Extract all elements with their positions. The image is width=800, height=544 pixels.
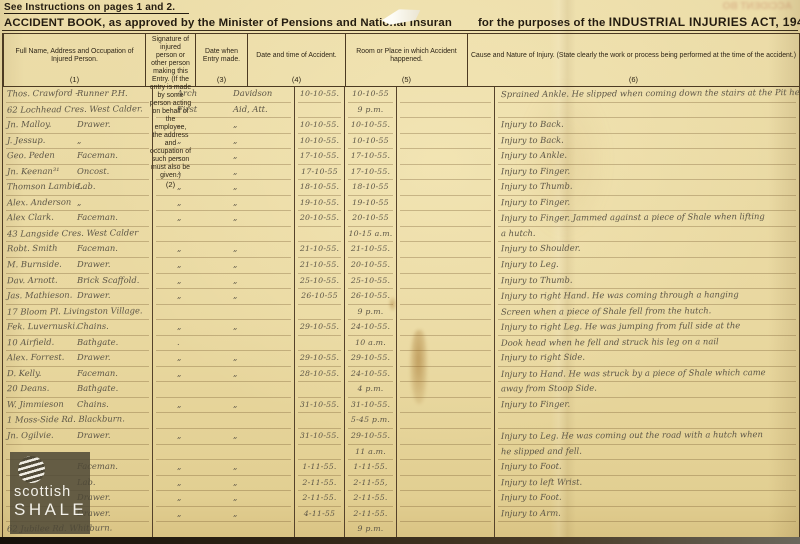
- cell-name-occupation: 62 Lochhead Cres. West Calder.: [3, 103, 152, 119]
- title-divider-line: [2, 30, 798, 31]
- handwritten-signature-first: „: [177, 477, 181, 487]
- cell-date-accident: 20-10-55: [344, 211, 396, 227]
- cell-name-occupation: M. Burnside.Drawer.: [3, 258, 152, 274]
- handwritten-occupation: Faceman.: [77, 212, 118, 222]
- table-header-cell: Room or Place in which Accident happened…: [345, 34, 467, 86]
- handwritten-name: Thomson Lambie.: [7, 181, 83, 192]
- handwritten-accident-date: 19-10-55: [345, 198, 396, 207]
- cell-date-entry: [294, 305, 344, 321]
- table-row: J. Jessup.„ „„ 10-10-55. 10-10-55 Injury…: [3, 134, 799, 150]
- cell-date-entry: [294, 336, 344, 352]
- cell-date-accident: 5-45 p.m.: [344, 413, 396, 429]
- cell-signature: „„: [152, 180, 294, 196]
- cell-name-occupation: Jas. Mathieson.Drawer.: [3, 289, 152, 305]
- cell-date-entry: [294, 445, 344, 461]
- cell-signature: „„: [152, 367, 294, 383]
- cell-signature: „„: [152, 429, 294, 445]
- cell-name-occupation: Jn. Keenan³¹Oncost.: [3, 165, 152, 181]
- handwritten-signature-first: „: [177, 508, 181, 518]
- handwritten-signature-first: „: [177, 430, 181, 440]
- table-header-row: Full Name, Address and Occupation of Inj…: [3, 34, 799, 87]
- handwritten-cause: a hutch.: [501, 228, 536, 238]
- cell-cause: Injury to right Leg. He was jumping from…: [494, 320, 799, 336]
- handwritten-name: Geo. Peden: [7, 150, 55, 160]
- cell-date-entry: 21-10-55.: [294, 242, 344, 258]
- cell-place: [396, 165, 494, 181]
- table-row: Thos. Crawford -Runner P.H. ArchDavidson…: [3, 87, 799, 103]
- column-number: (3): [199, 75, 244, 85]
- cell-date-accident: 10-10-55: [344, 134, 396, 150]
- handwritten-cause: Injury to right Side.: [501, 352, 585, 363]
- handwritten-name: D. Kelly.: [7, 368, 41, 378]
- cell-date-entry: 2-11-55.: [294, 476, 344, 492]
- cell-cause: Injury to Thumb.: [494, 180, 799, 196]
- table-row: Jn. Malloy.Drawer. „„ 10-10-55. 10-10-55…: [3, 118, 799, 134]
- cell-signature: „„: [152, 274, 294, 290]
- handwritten-name: Alex. Anderson: [7, 196, 71, 207]
- table-row: 20 Deans.Bathgate. 4 p.m. away from Stoo…: [3, 382, 799, 398]
- cell-signature: „„: [152, 507, 294, 523]
- cell-cause: Injury to Shoulder.: [494, 242, 799, 258]
- handwritten-entry-date: 29-10-55.: [295, 353, 344, 362]
- cell-cause: Injury to Finger.: [494, 398, 799, 414]
- handwritten-entry-date: 29-10-55.: [295, 322, 344, 331]
- table-row: 10 Airfield.Bathgate. . 10 a.m. Dook hea…: [3, 336, 799, 352]
- handwritten-cause: Injury to Arm.: [501, 508, 561, 518]
- photo-bottom-edge: [0, 537, 800, 544]
- cell-date-entry: [294, 413, 344, 429]
- table-row: Geo. PedenFaceman. „„ 17-10-55. 17-10-55…: [3, 149, 799, 165]
- handwritten-name: W. Jimmieson: [7, 399, 64, 410]
- handwritten-signature-last: „: [233, 243, 237, 253]
- cell-date-accident: 25-10-55.: [344, 274, 396, 290]
- cell-cause: Injury to Foot.: [494, 460, 799, 476]
- cell-date-entry: 17-10-55.: [294, 149, 344, 165]
- handwritten-signature-last: „: [233, 430, 237, 440]
- handwritten-signature-first: „: [177, 212, 181, 222]
- handwritten-entry-date: 2-11-55.: [295, 478, 344, 487]
- handwritten-accident-date: 17-10-55.: [345, 151, 396, 160]
- cell-date-entry: [294, 522, 344, 538]
- table-row: Drawer. „„ 4-11-55 2-11-55. Injury to Ar…: [3, 507, 799, 523]
- cell-place: [396, 429, 494, 445]
- column-label: Room or Place in which Accident happened…: [349, 36, 464, 75]
- table-row: Jas. Mathieson.Drawer. „„ 26-10-55 26-10…: [3, 289, 799, 305]
- handwritten-entry-date: 18-10-55.: [295, 182, 344, 191]
- cell-cause: Injury to Hand. He was struck by a piece…: [494, 367, 799, 383]
- cell-cause: Injury to Finger.: [494, 165, 799, 181]
- column-number: (4): [251, 75, 342, 85]
- handwritten-name: Jn. Ogilvie.: [7, 430, 54, 440]
- globe-logo-icon: [17, 455, 47, 485]
- handwritten-signature-last: „: [233, 181, 237, 191]
- handwritten-cause: Injury to Leg.: [501, 259, 559, 269]
- handwritten-occupation: „: [77, 135, 81, 145]
- handwritten-signature-first: First: [177, 104, 197, 114]
- cell-date-accident: 29-10-55.: [344, 429, 396, 445]
- cell-signature: .: [152, 336, 294, 352]
- handwritten-signature-first: „: [177, 492, 181, 502]
- cell-signature: „„: [152, 211, 294, 227]
- cell-place: [396, 258, 494, 274]
- handwritten-entry-date: 10-10-55.: [295, 120, 344, 129]
- handwritten-entry-date: 28-10-55.: [295, 369, 344, 378]
- handwritten-cause: Injury to Leg. He was coming out the roa…: [501, 429, 763, 441]
- handwritten-cause: Injury to Back.: [501, 134, 564, 144]
- cell-signature: [152, 522, 294, 538]
- table-row: Alex Clark.Faceman. „„ 20-10-55. 20-10-5…: [3, 211, 799, 227]
- cell-signature: „„: [152, 149, 294, 165]
- table-row: 62 Jubilee Rd. Whitburn. 9 p.m.: [3, 522, 799, 538]
- cell-signature: „„: [152, 289, 294, 305]
- table-row: Faceman. „„ 1-11-55. 1-11-55. Injury to …: [3, 460, 799, 476]
- handwritten-name: 62 Lochhead Cres. West Calder.: [7, 103, 143, 114]
- handwritten-accident-date: 17-10-55.: [345, 167, 396, 176]
- handwritten-occupation: Bathgate.: [77, 337, 118, 347]
- handwritten-signature-first: „: [177, 135, 181, 145]
- handwritten-entry-date: 1-11-55.: [295, 462, 344, 471]
- cell-cause: Injury to Foot.: [494, 491, 799, 507]
- cell-date-entry: [294, 103, 344, 119]
- cell-place: [396, 305, 494, 321]
- cell-cause: Injury to Back.: [494, 134, 799, 150]
- brown-stain-small: [388, 296, 397, 312]
- handwritten-cause: Injury to Ankle.: [501, 150, 567, 160]
- handwritten-signature-first: „: [177, 181, 181, 191]
- handwritten-accident-date: 18-10-55: [345, 182, 396, 191]
- cell-date-accident: 2-11-55.: [344, 507, 396, 523]
- accident-table: Full Name, Address and Occupation of Inj…: [2, 33, 800, 538]
- handwritten-name: Thos. Crawford -: [7, 88, 78, 99]
- cell-place: [396, 87, 494, 103]
- cell-date-accident: 17-10-55.: [344, 149, 396, 165]
- cell-signature: ArchDavidson: [152, 87, 294, 103]
- handwritten-signature-last: „: [233, 461, 237, 471]
- cell-date-entry: 31-10-55.: [294, 398, 344, 414]
- handwritten-entry-date: 19-10-55.: [295, 198, 344, 207]
- table-row: 17 Bloom Pl. Livingston Village. 9 p.m. …: [3, 305, 799, 321]
- handwritten-occupation: „: [77, 197, 81, 207]
- handwritten-accident-date: 2-11-55.: [345, 509, 396, 518]
- handwritten-signature-first: „: [177, 368, 181, 378]
- handwritten-signature-first: „: [177, 150, 181, 160]
- handwritten-cause: away from Stoop Side.: [501, 383, 597, 394]
- handwritten-signature-first: „: [177, 352, 181, 362]
- handwritten-occupation: Drawer.: [77, 430, 111, 440]
- cell-place: [396, 118, 494, 134]
- handwritten-signature-first: „: [177, 290, 181, 300]
- handwritten-cause: Injury to right Leg. He was jumping from…: [501, 320, 740, 332]
- handwritten-occupation: Bathgate.: [77, 383, 118, 393]
- handwritten-signature-last: „: [233, 166, 237, 176]
- handwritten-signature-last: „: [233, 492, 237, 502]
- cell-place: [396, 227, 494, 243]
- cell-cause: Dook head when he fell and struck his le…: [494, 336, 799, 352]
- cell-place: [396, 460, 494, 476]
- handwritten-signature-last: „: [233, 119, 237, 129]
- cell-signature: „„: [152, 398, 294, 414]
- watermark-text-scottish: scottish: [14, 485, 86, 500]
- cell-date-accident: 31-10-55.: [344, 398, 396, 414]
- table-header-cell: Full Name, Address and Occupation of Inj…: [3, 34, 145, 86]
- handwritten-signature-last: „: [233, 197, 237, 207]
- table-header-cell: Cause and Nature of Injury. (State clear…: [467, 34, 799, 86]
- handwritten-cause: Injury to Shoulder.: [501, 243, 581, 254]
- handwritten-name: 20 Deans.: [7, 383, 49, 393]
- column-label: Full Name, Address and Occupation of Inj…: [7, 36, 142, 75]
- cell-date-entry: 20-10-55.: [294, 211, 344, 227]
- cell-place: [396, 445, 494, 461]
- cell-cause: Injury to Leg. He was coming out the roa…: [494, 429, 799, 445]
- table-row: M. Burnside.Drawer. „„ 21-10-55. 20-10-5…: [3, 258, 799, 274]
- handwritten-cause: Injury to Thumb.: [501, 181, 573, 191]
- cell-signature: [152, 227, 294, 243]
- brown-stain: [410, 330, 427, 404]
- cell-signature: „„: [152, 476, 294, 492]
- handwritten-signature-first: „: [177, 275, 181, 285]
- handwritten-name: 10 Airfield.: [7, 337, 54, 347]
- cell-place: [396, 149, 494, 165]
- handwritten-accident-date: 10-15 a.m.: [345, 229, 396, 238]
- handwritten-accident-date: 4 p.m.: [345, 384, 396, 393]
- cell-date-entry: 4-11-55: [294, 507, 344, 523]
- table-header-cell: Signature of injured person or other per…: [145, 34, 195, 86]
- cell-name-occupation: 43 Langside Cres. West Calder: [3, 227, 152, 243]
- cell-date-entry: [294, 382, 344, 398]
- cell-signature: FirstAid, Att.: [152, 103, 294, 119]
- cell-signature: „„: [152, 242, 294, 258]
- cell-place: [396, 398, 494, 414]
- handwritten-signature-last: „: [233, 135, 237, 145]
- cell-date-accident: 9 p.m.: [344, 522, 396, 538]
- cell-name-occupation: J. Jessup.„: [3, 134, 152, 150]
- scottish-shale-watermark: scottish SHALE: [10, 452, 90, 534]
- cell-cause: Injury to Finger.: [494, 196, 799, 212]
- column-number: (1): [7, 75, 142, 85]
- handwritten-signature-last: „: [233, 150, 237, 160]
- column-label: Date when Entry made.: [199, 36, 244, 75]
- cell-date-accident: 10-10-55.: [344, 118, 396, 134]
- cell-cause: Injury to Arm.: [494, 507, 799, 523]
- handwritten-signature-last: „: [233, 368, 237, 378]
- cell-signature: „„: [152, 351, 294, 367]
- cell-date-entry: 10-10-55.: [294, 87, 344, 103]
- handwritten-name: Alex Clark.: [7, 212, 54, 222]
- handwritten-entry-date: 21-10-55.: [295, 260, 344, 269]
- handwritten-signature-last: „: [233, 321, 237, 331]
- handwritten-cause: Sprained Ankle. He slipped when coming d…: [501, 87, 800, 99]
- cell-date-accident: 18-10-55: [344, 180, 396, 196]
- handwritten-entry-date: 31-10-55.: [295, 431, 344, 440]
- cell-date-accident: 10 a.m.: [344, 336, 396, 352]
- cell-signature: „„: [152, 134, 294, 150]
- handwritten-signature-last: „: [233, 508, 237, 518]
- handwritten-signature-first: „: [177, 197, 181, 207]
- handwritten-accident-date: 9 p.m.: [345, 524, 396, 533]
- cell-date-accident: 21-10-55.: [344, 242, 396, 258]
- title-part2: for the purposes of the: [478, 17, 605, 29]
- handwritten-cause: Injury to Finger. Jammed against a piece…: [501, 211, 765, 223]
- table-row: Robt. SmithFaceman. „„ 21-10-55. 21-10-5…: [3, 242, 799, 258]
- cell-signature: [152, 445, 294, 461]
- cell-cause: Injury to Back.: [494, 118, 799, 134]
- cell-name-occupation: 20 Deans.Bathgate.: [3, 382, 152, 398]
- handwritten-signature-first: „: [177, 321, 181, 331]
- cell-name-occupation: Alex. Anderson„: [3, 196, 152, 212]
- instructions-note: See Instructions on pages 1 and 2.: [4, 2, 189, 14]
- handwritten-name: Dav. Arnott.: [7, 274, 58, 285]
- cell-date-entry: 17-10-55: [294, 165, 344, 181]
- handwritten-entry-date: 10-10-55.: [295, 136, 344, 145]
- table-row: Jn. Ogilvie.Drawer. „„ 31-10-55. 29-10-5…: [3, 429, 799, 445]
- handwritten-signature-last: „: [233, 399, 237, 409]
- cell-place: [396, 289, 494, 305]
- cell-name-occupation: Dav. Arnott.Brick Scaffold.: [3, 274, 152, 290]
- cell-place: [396, 413, 494, 429]
- cell-date-entry: 19-10-55.: [294, 196, 344, 212]
- handwritten-entry-date: 17-10-55.: [295, 151, 344, 160]
- cell-date-accident: 10-15 a.m.: [344, 227, 396, 243]
- column-label: Cause and Nature of Injury. (State clear…: [471, 36, 796, 75]
- column-number: (6): [471, 75, 796, 85]
- handwritten-occupation: Oncost.: [77, 166, 109, 176]
- cell-date-accident: 24-10-55.: [344, 367, 396, 383]
- cell-cause: Screen when a piece of Shale fell from t…: [494, 305, 799, 321]
- handwritten-signature-last: „: [233, 290, 237, 300]
- table-row: 62 Lochhead Cres. West Calder. FirstAid,…: [3, 103, 799, 119]
- handwritten-occupation: Drawer.: [77, 259, 111, 269]
- table-header-cell: Date and time of Accident. (4): [247, 34, 345, 86]
- table-body: Thos. Crawford -Runner P.H. ArchDavidson…: [3, 87, 799, 538]
- handwritten-entry-date: 21-10-55.: [295, 244, 344, 253]
- handwritten-signature-first: .: [177, 337, 180, 347]
- table-row: W. JimmiesonChains. „„ 31-10-55. 31-10-5…: [3, 398, 799, 414]
- handwritten-entry-date: 2-11-55.: [295, 493, 344, 502]
- cell-cause: Injury to right Hand. He was coming thro…: [494, 289, 799, 305]
- cell-cause: Injury to left Wrist.: [494, 476, 799, 492]
- handwritten-accident-date: 24-10-55.: [345, 322, 396, 331]
- handwritten-cause: Injury to Hand. He was struck by a piece…: [501, 367, 766, 379]
- handwritten-occupation: Chains.: [77, 321, 109, 331]
- cell-date-entry: 1-11-55.: [294, 460, 344, 476]
- cell-place: [396, 180, 494, 196]
- handwritten-occupation: Drawer.: [77, 352, 111, 362]
- handwritten-occupation: Faceman.: [77, 150, 118, 160]
- handwritten-occupation: Faceman.: [77, 243, 118, 253]
- handwritten-cause: Injury to right Hand. He was coming thro…: [501, 289, 739, 301]
- cell-date-accident: 11 a.m.: [344, 445, 396, 461]
- handwritten-accident-date: 9 p.m.: [345, 105, 396, 114]
- handwritten-signature-first: „: [177, 119, 181, 129]
- cell-cause: he slipped and fell.: [494, 445, 799, 461]
- table-row: Drawer. „„ 2-11-55. 2-11-55. Injury to F…: [3, 491, 799, 507]
- cell-name-occupation: 17 Bloom Pl. Livingston Village.: [3, 305, 152, 321]
- handwritten-name: 1 Moss-Side Rd. Blackburn.: [7, 414, 125, 425]
- cell-date-entry: 10-10-55.: [294, 134, 344, 150]
- handwritten-accident-date: 10-10-55.: [345, 120, 396, 129]
- cell-cause: Sprained Ankle. He slipped when coming d…: [494, 87, 799, 103]
- cell-date-accident: 1-11-55.: [344, 460, 396, 476]
- cell-signature: „„: [152, 320, 294, 336]
- cell-date-accident: 24-10-55.: [344, 320, 396, 336]
- handwritten-name: Alex. Forrest.: [7, 352, 65, 363]
- handwritten-cause: Injury to left Wrist.: [501, 476, 582, 487]
- cell-name-occupation: Thos. Crawford -Runner P.H.: [3, 87, 152, 103]
- handwritten-name: Jas. Mathieson.: [7, 290, 72, 301]
- handwritten-name: 43 Langside Cres. West Calder: [7, 227, 138, 238]
- handwritten-accident-date: 10-10-55: [345, 89, 396, 98]
- handwritten-accident-date: 5-45 p.m.: [345, 415, 396, 424]
- cell-signature: [152, 382, 294, 398]
- cell-place: [396, 134, 494, 150]
- table-row: Alex. Anderson„ „„ 19-10-55. 19-10-55 In…: [3, 196, 799, 212]
- cell-date-entry: 29-10-55.: [294, 320, 344, 336]
- cell-date-accident: 2-11-55,: [344, 476, 396, 492]
- cell-signature: „„: [152, 165, 294, 181]
- handwritten-entry-date: 4-11-55: [295, 509, 344, 518]
- cell-name-occupation: Fek. Luvernuski.Chains.: [3, 320, 152, 336]
- cell-place: [396, 320, 494, 336]
- handwritten-occupation: Lab.: [77, 181, 96, 191]
- handwritten-signature-last: Davidson: [233, 88, 272, 98]
- handwritten-name: Robt. Smith: [7, 243, 58, 254]
- table-row: Fek. Luvernuski.Chains. „„ 29-10-55. 24-…: [3, 320, 799, 336]
- cell-signature: „„: [152, 118, 294, 134]
- cell-cause: [494, 413, 799, 429]
- table-row: D. Kelly.Faceman. „„ 28-10-55. 24-10-55.…: [3, 367, 799, 383]
- handwritten-occupation: Drawer.: [77, 290, 111, 300]
- table-row: 43 Langside Cres. West Calder 10-15 a.m.…: [3, 227, 799, 243]
- handwritten-name: J. Jessup.: [7, 134, 45, 144]
- table-row: Alex. Forrest.Drawer. „„ 29-10-55. 29-10…: [3, 351, 799, 367]
- column-label: Date and time of Accident.: [251, 36, 342, 75]
- handwritten-accident-date: 11 a.m.: [345, 447, 396, 456]
- cell-name-occupation: 1 Moss-Side Rd. Blackburn.: [3, 413, 152, 429]
- cell-date-entry: 21-10-55.: [294, 258, 344, 274]
- handwritten-accident-date: 2-11-55.: [345, 493, 396, 502]
- cell-cause: Injury to Finger. Jammed against a piece…: [494, 211, 799, 227]
- handwritten-cause: Injury to Finger.: [501, 399, 570, 409]
- cell-date-accident: 19-10-55: [344, 196, 396, 212]
- table-row: 1 Moss-Side Rd. Blackburn. 5-45 p.m.: [3, 413, 799, 429]
- handwritten-signature-first: Arch: [177, 88, 197, 98]
- cell-name-occupation: Alex Clark.Faceman.: [3, 211, 152, 227]
- handwritten-accident-date: 10 a.m.: [345, 338, 396, 347]
- handwritten-signature-first: „: [177, 259, 181, 269]
- table-header-cell: Date when Entry made. (3): [195, 34, 247, 86]
- handwritten-occupation: Chains.: [77, 399, 109, 409]
- cell-signature: [152, 413, 294, 429]
- handwritten-accident-date: 24-10-55.: [345, 369, 396, 378]
- handwritten-accident-date: 1-11-55.: [345, 462, 396, 471]
- handwritten-signature-first: „: [177, 461, 181, 471]
- handwritten-cause: Injury to Foot.: [501, 492, 562, 502]
- handwritten-name: 17 Bloom Pl. Livingston Village.: [7, 305, 143, 316]
- cell-name-occupation: Alex. Forrest.Drawer.: [3, 351, 152, 367]
- handwritten-accident-date: 25-10-55.: [345, 276, 396, 285]
- cell-date-entry: 10-10-55.: [294, 118, 344, 134]
- handwritten-cause: Injury to Back.: [501, 119, 564, 129]
- cell-date-entry: 18-10-55.: [294, 180, 344, 196]
- cell-name-occupation: Jn. Malloy.Drawer.: [3, 118, 152, 134]
- cell-place: [396, 242, 494, 258]
- column-number: (5): [349, 75, 464, 85]
- handwritten-occupation: Runner P.H.: [77, 88, 128, 98]
- table-row: Dav. Arnott.Brick Scaffold. „„ 25-10-55.…: [3, 274, 799, 290]
- handwritten-signature-last: „: [233, 275, 237, 285]
- handwritten-entry-date: 20-10-55.: [295, 213, 344, 222]
- cell-date-entry: 28-10-55.: [294, 367, 344, 383]
